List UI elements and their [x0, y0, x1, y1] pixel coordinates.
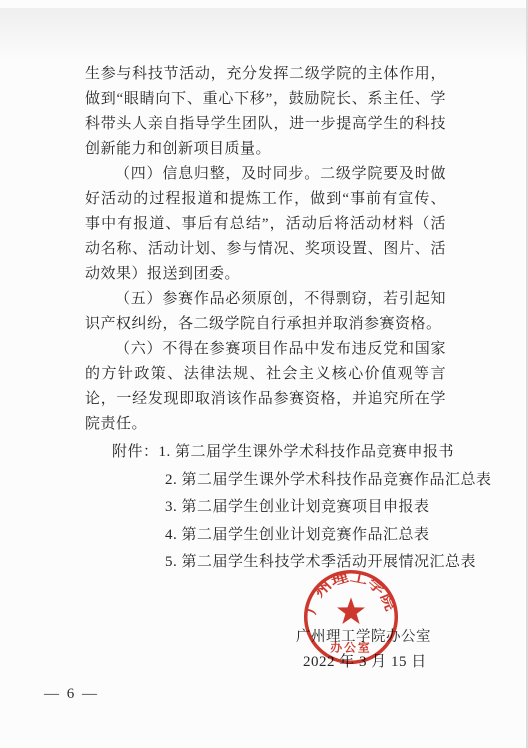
paragraph-item-4: （四）信息归整，及时同步。二级学院要及时做好活动的过程报道和提炼工作，做到“事前… [85, 162, 446, 287]
attachment-item: 2. 第二届学生课外学术科技作品竞赛作品汇总表 [165, 467, 462, 495]
paragraph-item-6: （六）不得在参赛项目作品中发布违反党和国家的方针政策、法律法规、社会主义核心价值… [85, 337, 446, 437]
body-text: 生参与科技节活动，充分发挥二级学院的主体作用，做到“眼睛向下、重心下移”，鼓励院… [85, 62, 446, 437]
attachments-list: 附件： 1. 第二届学生课外学术科技作品竞赛申报书 2. 第二届学生课外学术科技… [112, 439, 462, 577]
attachment-item: 1. 第二届学生课外学术科技作品竞赛申报书 [159, 439, 455, 467]
attachment-item: 4. 第二届学生创业计划竞赛作品汇总表 [165, 522, 462, 550]
scan-shade-top [0, 8, 528, 60]
page-number: — 6 — [44, 686, 99, 703]
document-page: 生参与科技节活动，充分发挥二级学院的主体作用，做到“眼睛向下、重心下移”，鼓励院… [0, 0, 528, 748]
attachments-label: 附件： [112, 439, 159, 467]
seal-bottom-text: 办公室 [330, 640, 371, 654]
official-seal: 广州理工学院 办公室 [302, 568, 400, 666]
seal-star-icon [337, 597, 365, 624]
paragraph-continuation: 生参与科技节活动，充分发挥二级学院的主体作用，做到“眼睛向下、重心下移”，鼓励院… [85, 62, 446, 162]
attachment-line: 附件： 1. 第二届学生课外学术科技作品竞赛申报书 [112, 439, 462, 467]
attachment-item: 3. 第二届学生创业计划竞赛项目申报表 [165, 494, 462, 522]
paragraph-item-5: （五）参赛作品必须原创，不得剽窃，若引起知识产权纠纷，各二级学院自行承担并取消参… [85, 287, 446, 337]
